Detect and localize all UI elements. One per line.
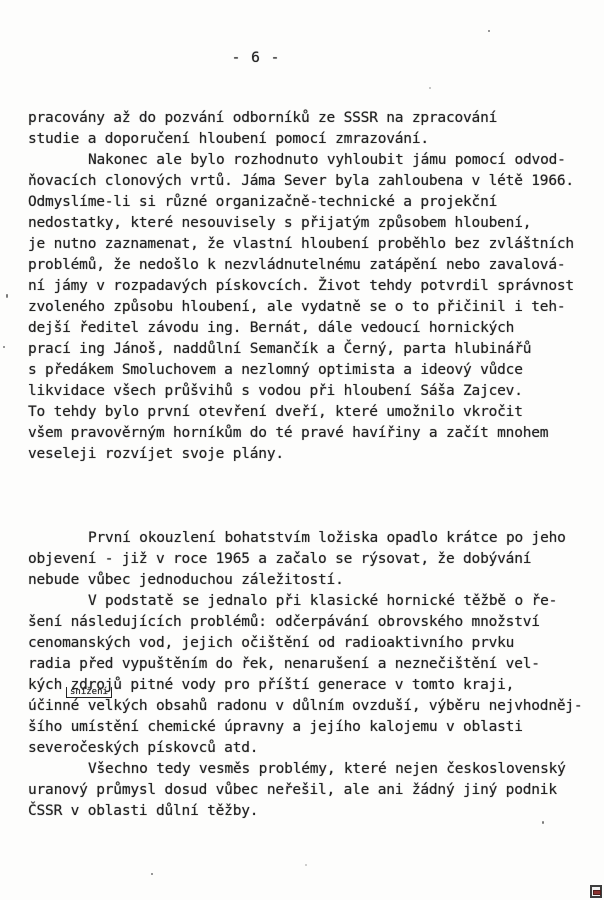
text-line: šího umístění chemické úpravny a jejího … [28, 717, 594, 738]
text-line: Všechno tedy vesměs problémy, které neje… [28, 759, 594, 780]
paragraph: První okouzlení bohatstvím ložiska opadl… [28, 528, 594, 591]
text-line: cenomanských vod, jejich očištění od rad… [28, 633, 594, 654]
paragraph: Nakonec ale bylo rozhodnuto vyhloubit já… [28, 150, 594, 465]
text-block: pracovány až do pozvání odborníků ze SSS… [28, 108, 594, 822]
text-line: ňovacích clonových vrtů. Jáma Sever byla… [28, 171, 594, 192]
page-corner-icon [590, 885, 602, 898]
text-line: veseleji rozvíjet svoje plány. [28, 444, 594, 465]
paragraph: Všechno tedy vesměs problémy, které neje… [28, 759, 594, 822]
text-line: likvidace všech průšvihů s vodou při hlo… [28, 381, 594, 402]
text-line: účinné velkých obsahů radonu v důlním ov… [28, 696, 594, 717]
text-line: prací ing Jánoš, naddůlní Semančík a Čer… [28, 339, 594, 360]
text-line: problémů, že nedošlo k nezvládnutelnému … [28, 255, 594, 276]
text-line: uranový průmysl dosud vůbec neřešil, ale… [28, 780, 594, 801]
text-line: kých zdrojů pitné vody pro příští genera… [28, 675, 594, 696]
scan-speck [488, 30, 490, 32]
text-line: Odmyslíme-li si různé organizačně-techni… [28, 192, 594, 213]
text-line: studie a doporučení hloubení pomocí zmra… [28, 129, 594, 150]
text-line: První okouzlení bohatstvím ložiska opadl… [28, 528, 594, 549]
scanned-document-page: - 6 - pracovány až do pozvání odborníků … [0, 0, 604, 900]
scan-speck [3, 346, 5, 348]
text-line: nedostatky, které nesouvisely s přijatým… [28, 213, 594, 234]
text-line: pracovány až do pozvání odborníků ze SSS… [28, 108, 594, 129]
text-line: je nutno zaznamenat, že vlastní hloubení… [28, 234, 594, 255]
text-line: severočeských pískovců atd. [28, 738, 594, 759]
handwritten-insertion: snížení [66, 687, 112, 698]
page-number: - 6 - [0, 50, 512, 66]
scan-speck [305, 864, 307, 866]
text-line: zvoleného způsobu hloubení, ale vydatně … [28, 297, 594, 318]
text-line: ní jámy v rozpadavých pískovcích. Život … [28, 276, 594, 297]
text-line: Nakonec ale bylo rozhodnuto vyhloubit já… [28, 150, 594, 171]
text-line: nebude vůbec jednoduchou záležitostí. [28, 570, 594, 591]
text-line: dejší ředitel závodu ing. Bernát, dále v… [28, 318, 594, 339]
text-line: radia před vypuštěním do řek, nenarušení… [28, 654, 594, 675]
scan-speck [429, 87, 431, 89]
text-line: všem pravověrným horníkům do té pravé ha… [28, 423, 594, 444]
paragraph: V podstatě se jednalo při klasické horni… [28, 591, 594, 759]
text-line: ČSSR v oblasti důlní těžby. [28, 801, 594, 822]
text-line: To tehdy bylo první otevření dveří, kter… [28, 402, 594, 423]
paragraph: pracovány až do pozvání odborníků ze SSS… [28, 108, 594, 150]
scan-speck [6, 294, 8, 298]
text-line: V podstatě se jednalo při klasické horni… [28, 591, 594, 612]
scan-speck [151, 873, 153, 875]
red-bar-icon [593, 890, 601, 895]
text-line: s předákem Smoluchovem a nezlomný optimi… [28, 360, 594, 381]
scan-speck [542, 821, 544, 824]
text-line: šení následujících problémů: odčerpávání… [28, 612, 594, 633]
text-line: objevení - již v roce 1965 a začalo se r… [28, 549, 594, 570]
